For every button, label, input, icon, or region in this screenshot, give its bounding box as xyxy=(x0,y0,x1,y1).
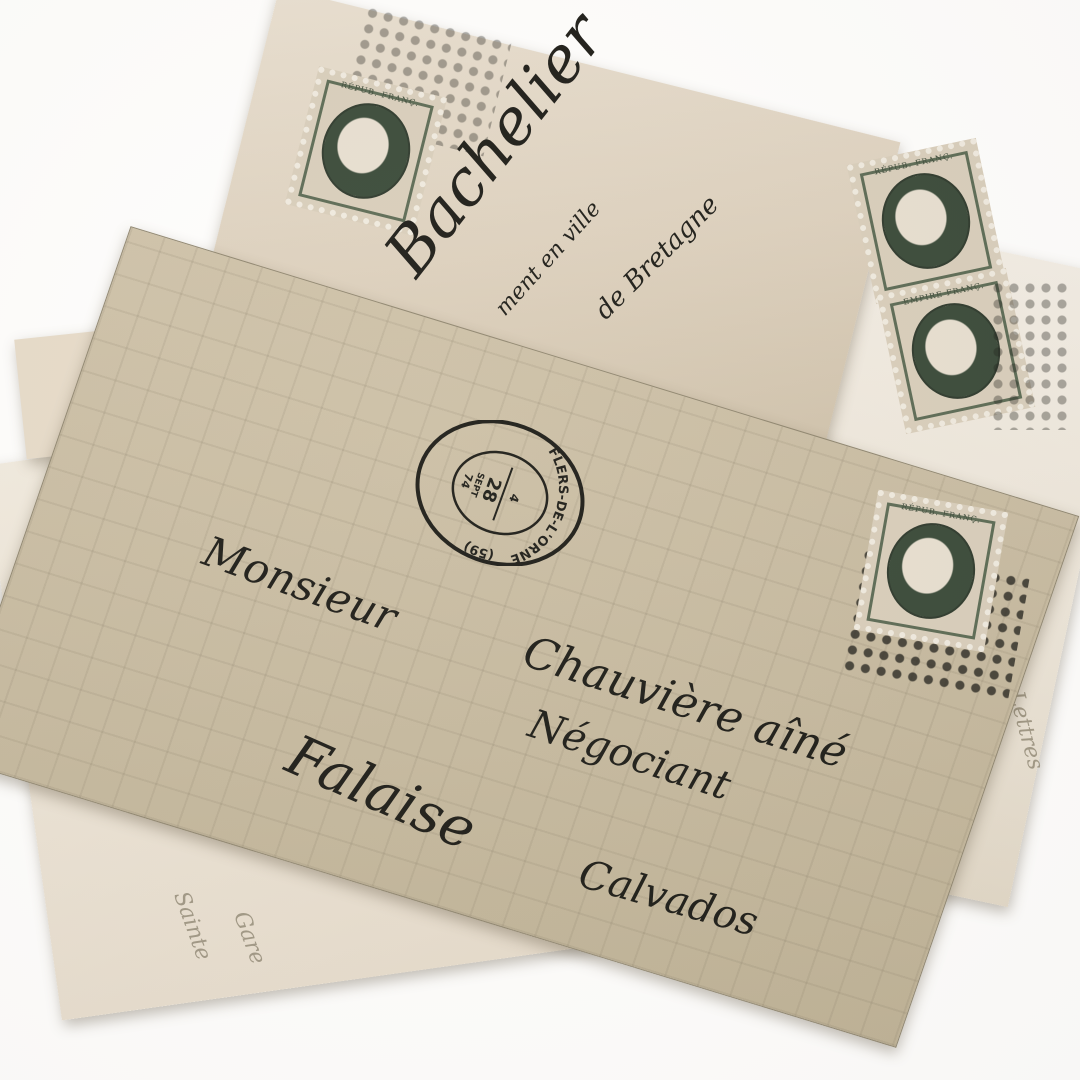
ceres-head-stamp-icon: RÉPUB. FRANÇ. xyxy=(854,490,1009,653)
stamp-portrait xyxy=(879,516,982,626)
cancellation-dots xyxy=(990,280,1070,430)
postmark-icon: FLERS-DE-L'ORNE (59) 4 28 SEPT 74 xyxy=(412,420,588,566)
postmark-hour: 4 xyxy=(506,492,522,505)
envelope-stack-photo: RÉPUB. FRANÇ. Bachelier ment en ville de… xyxy=(0,0,1080,1080)
stamp-portrait xyxy=(312,94,421,208)
stamp-portrait xyxy=(873,165,979,277)
